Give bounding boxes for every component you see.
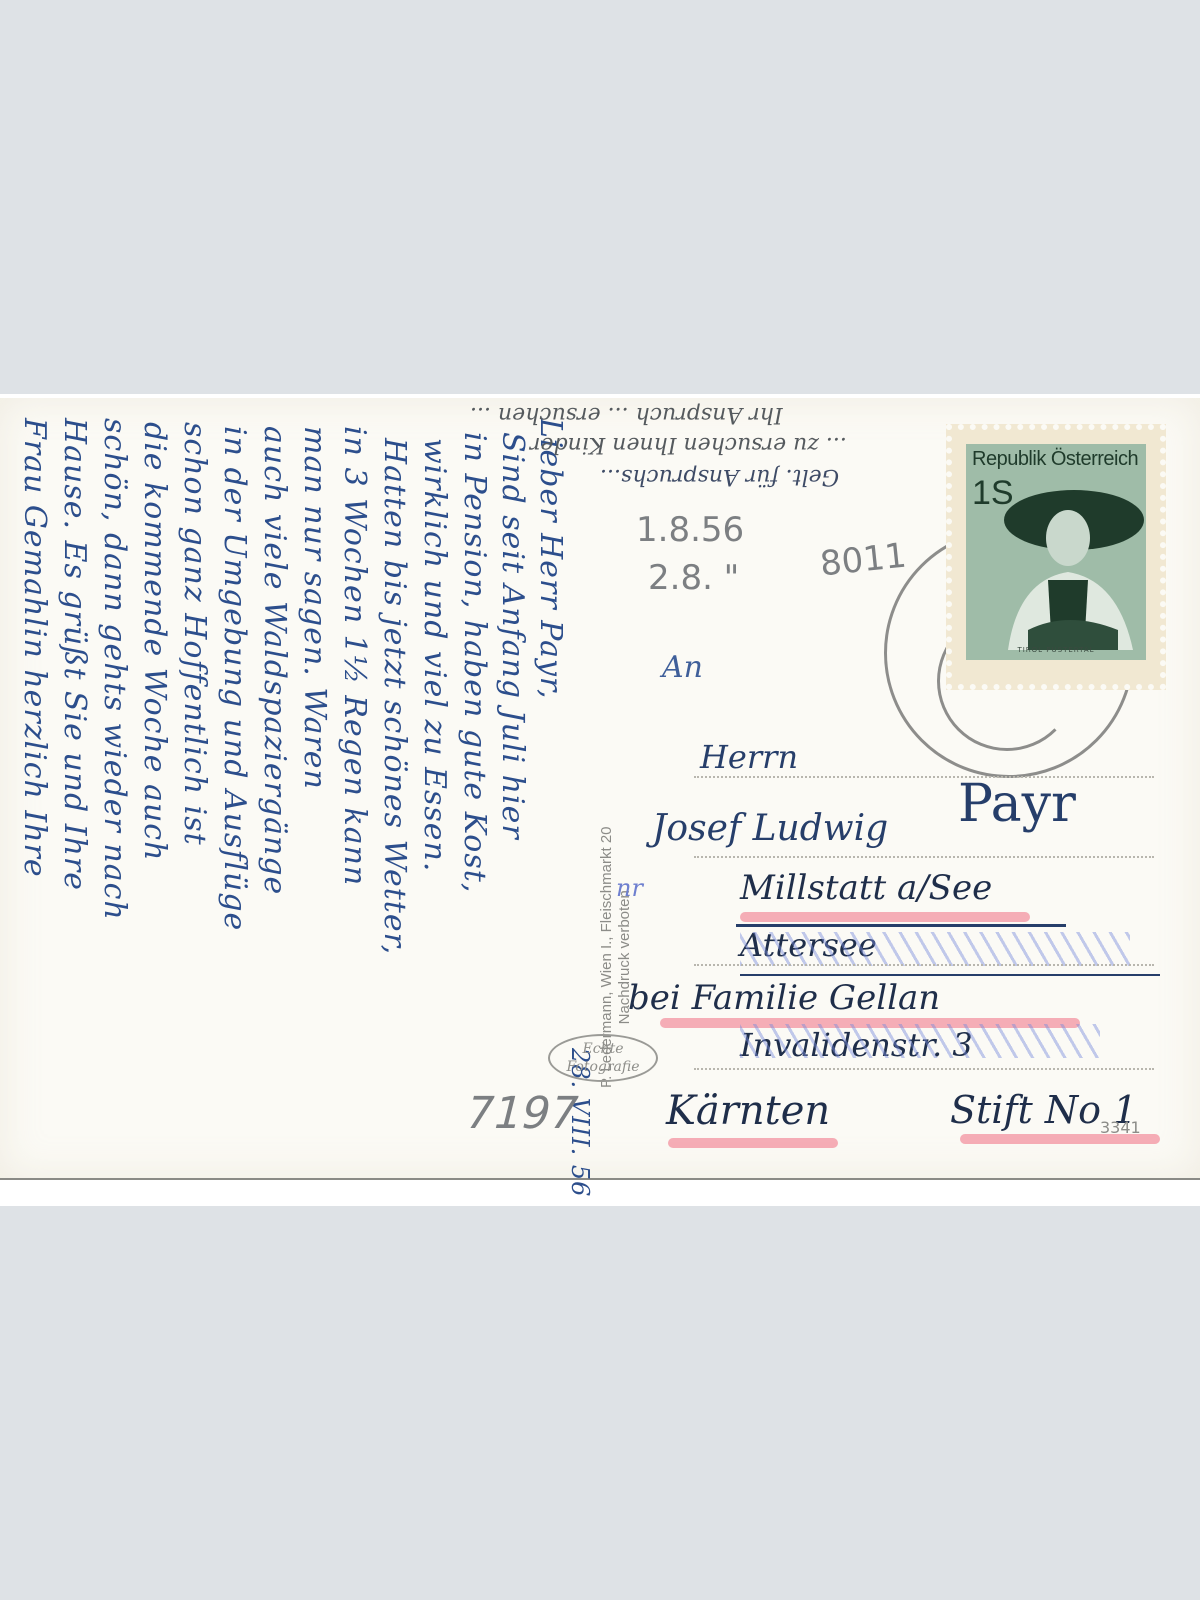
red-highlight — [740, 912, 1030, 922]
stamp-portrait-icon — [988, 480, 1146, 650]
photo-stamp: Echte Fotografie — [548, 1034, 658, 1082]
stamp-country: Republik Österreich — [972, 448, 1138, 471]
postcard: Lieber Herr Payr, Sind seit Anfang Juli … — [0, 398, 1200, 1180]
message-line: in der Umgebung und Ausflüge — [217, 426, 252, 931]
address-line — [694, 964, 1154, 966]
upside-down-note: Ihr Anspruch ... ersuchen ... — [470, 402, 783, 427]
pencil-date: 2.8. " — [648, 558, 739, 598]
printed-code: 3341 — [1100, 1118, 1141, 1137]
message-line: Sind seit Anfang Juli hier — [495, 432, 530, 840]
address-line — [694, 856, 1154, 858]
address-line — [694, 776, 1154, 778]
address-salutation: Herrn — [700, 738, 798, 776]
message-line: in Pension, haben gute Kost, — [457, 432, 492, 893]
upside-down-note: Gelt. für Anspruchs... — [600, 464, 839, 489]
address-line-3: Kärnten — [666, 1088, 830, 1134]
message-line: man nur sagen. Waren — [297, 426, 332, 790]
message-line: in 3 Wochen 1½ Regen kann — [337, 426, 372, 886]
blue-scribble — [740, 932, 1130, 966]
photo-stamp-line: Fotografie — [550, 1058, 656, 1076]
forward-note: nr — [616, 874, 643, 902]
photo-stamp-line: Echte — [550, 1040, 656, 1058]
upside-down-note: ... zu ersuchen Ihnen Kinder — [530, 432, 847, 457]
message-line: schön, dann gehts wieder nach — [97, 418, 132, 921]
address-name: Josef Ludwig — [652, 808, 888, 849]
address-line-1: Millstatt a/See — [740, 868, 992, 908]
stamp-image: Republik Österreich 1S TIROL PUSTERTAL — [966, 444, 1146, 660]
stamp-caption: TIROL PUSTERTAL — [966, 646, 1146, 654]
blue-scribble — [740, 1024, 1100, 1058]
message-line: die kommende Woche auch — [137, 422, 172, 861]
postage-stamp: Republik Österreich 1S TIROL PUSTERTAL — [946, 424, 1166, 690]
address-line-2: bei Familie Gellan — [628, 978, 940, 1018]
message-line: wirklich und viel zu Essen. — [417, 438, 452, 872]
message-line: Hause. Es grüßt Sie und Ihre — [57, 418, 92, 891]
scan-area: Lieber Herr Payr, Sind seit Anfang Juli … — [0, 394, 1200, 1206]
address-prefix: An — [662, 650, 703, 685]
message-line: schon ganz Hoffentlich ist — [177, 422, 212, 846]
pencil-date: 1.8.56 — [636, 510, 744, 550]
underline — [740, 974, 1160, 976]
message-area: Lieber Herr Payr, Sind seit Anfang Juli … — [0, 398, 560, 1178]
red-highlight — [668, 1138, 838, 1148]
address-line — [694, 1068, 1154, 1070]
address-surname: Payr — [958, 774, 1076, 834]
message-line: Frau Gemahlin herzlich Ihre — [17, 418, 52, 878]
pencil-code: 8011 — [818, 536, 908, 585]
pencil-catalog-number: 7197 — [460, 1088, 585, 1139]
message-line: auch viele Waldspaziergänge — [257, 426, 292, 895]
message-line: Lieber Herr Payr, — [533, 418, 568, 700]
message-line: Hatten bis jetzt schönes Wetter, — [377, 438, 412, 955]
